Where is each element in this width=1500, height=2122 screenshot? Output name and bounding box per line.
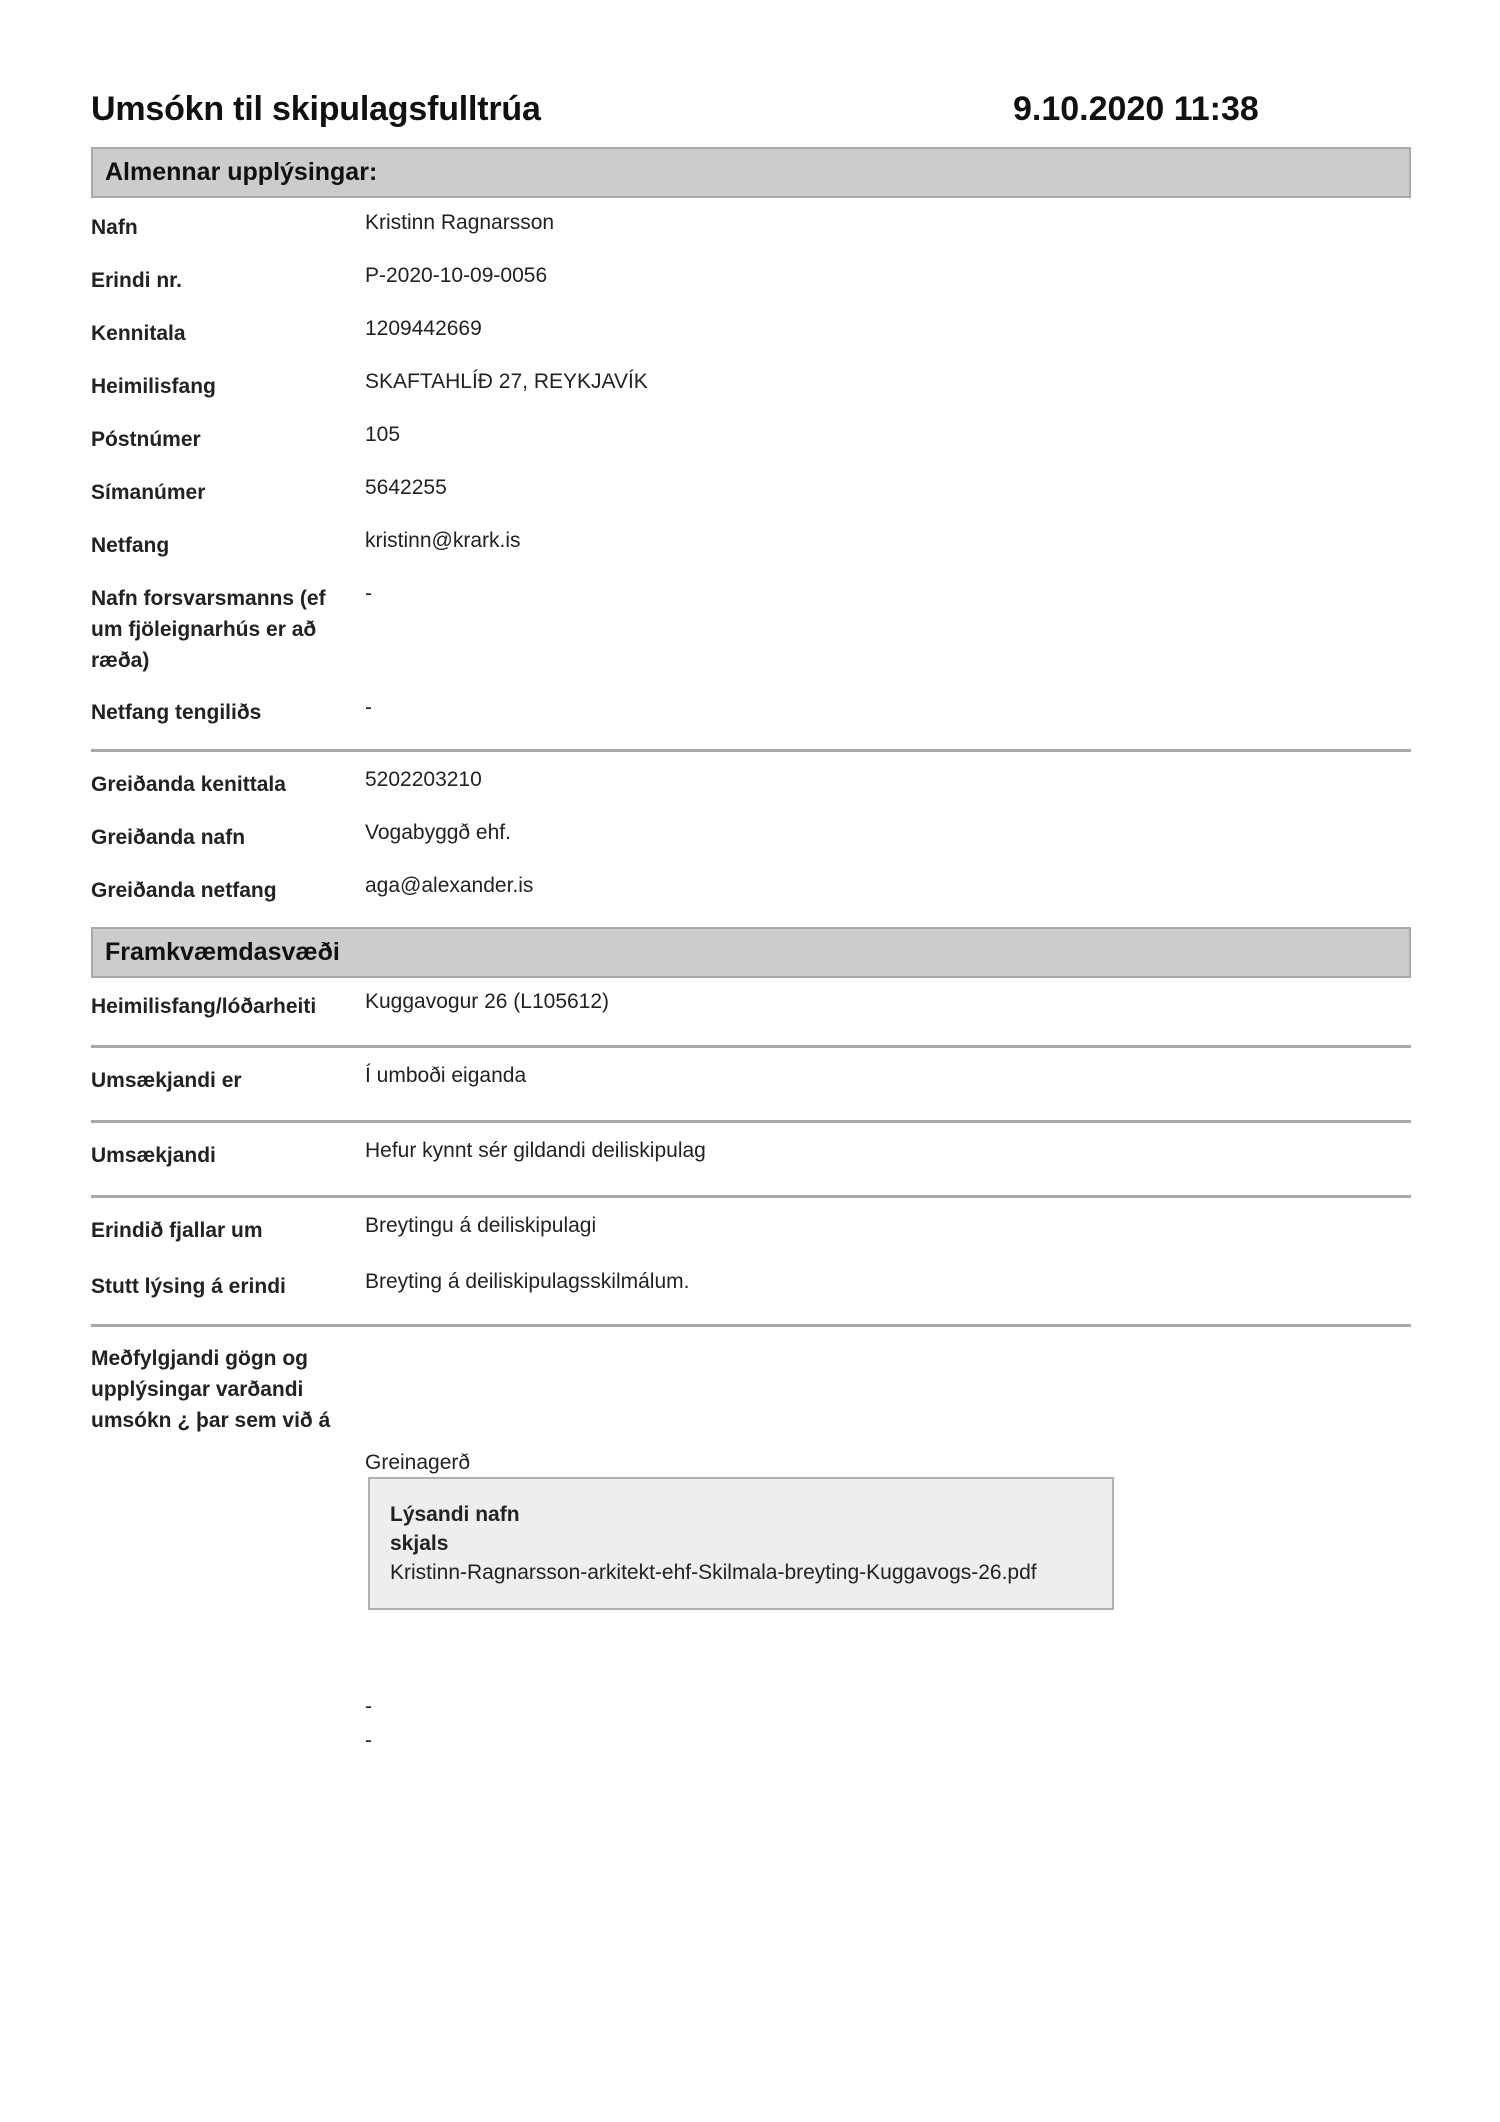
section-title: Framkvæmdasvæði [105, 938, 340, 967]
field-label-site-address: Heimilisfang/lóðarheiti [91, 991, 351, 1022]
divider [91, 1120, 1411, 1123]
attachment-extra-value: - [365, 1725, 372, 1756]
field-value-name: Kristinn Ragnarsson [365, 207, 554, 238]
field-label-postal-code: Póstnúmer [91, 424, 351, 455]
field-label-address: Heimilisfang [91, 371, 351, 402]
attachment-file-link[interactable]: Kristinn-Ragnarsson-arkitekt-ehf-Skilmal… [390, 1558, 1037, 1587]
field-label-payer-id: Greiðanda kenittala [91, 769, 351, 800]
field-value-phone: 5642255 [365, 472, 447, 503]
field-label-payer-name: Greiðanda nafn [91, 822, 351, 853]
field-label-name: Nafn [91, 212, 351, 243]
divider [91, 749, 1411, 752]
field-value-applicant: Hefur kynnt sér gildandi deiliskipulag [365, 1135, 706, 1166]
field-label-representative-name: Nafn forsvarsmanns (ef um fjöleignarhús … [91, 583, 351, 676]
field-value-payer-id: 5202203210 [365, 764, 482, 795]
field-label-attachments: Meðfylgjandi gögn og upplýsingar varðand… [91, 1343, 351, 1436]
field-value-address: SKAFTAHLÍÐ 27, REYKJAVÍK [365, 366, 648, 397]
field-label-contact-email: Netfang tengiliðs [91, 697, 351, 728]
field-label-case-number: Erindi nr. [91, 265, 351, 296]
attachment-category: Greinagerð [365, 1447, 470, 1478]
field-value-payer-email: aga@alexander.is [365, 870, 533, 901]
field-value-payer-name: Vogabyggð ehf. [365, 817, 511, 848]
field-label-applicant-is: Umsækjandi er [91, 1065, 351, 1096]
field-value-short-description: Breyting á deiliskipulagsskilmálum. [365, 1266, 689, 1297]
section-header-site: Framkvæmdasvæði [91, 927, 1411, 978]
field-value-national-id: 1209442669 [365, 313, 482, 344]
field-label-email: Netfang [91, 530, 351, 561]
section-title: Almennar upplýsingar: [105, 158, 377, 187]
section-header-general: Almennar upplýsingar: [91, 147, 1411, 198]
field-value-contact-email: - [365, 692, 372, 723]
field-label-applicant: Umsækjandi [91, 1140, 351, 1171]
document-name-label: Lýsandi nafn skjals [390, 1500, 520, 1558]
field-label-phone: Símanúmer [91, 477, 351, 508]
field-value-case-subject: Breytingu á deiliskipulagi [365, 1210, 596, 1241]
attachment-extra-value: - [365, 1691, 372, 1722]
field-label-national-id: Kennitala [91, 318, 351, 349]
attachment-card: Lýsandi nafn skjals Kristinn-Ragnarsson-… [368, 1477, 1114, 1610]
submission-datetime: 9.10.2020 11:38 [1013, 90, 1259, 129]
field-label-case-subject: Erindið fjallar um [91, 1215, 351, 1246]
field-value-representative-name: - [365, 578, 372, 609]
divider [91, 1324, 1411, 1327]
page-title: Umsókn til skipulagsfulltrúa [91, 90, 541, 129]
field-value-site-address: Kuggavogur 26 (L105612) [365, 986, 609, 1017]
field-label-payer-email: Greiðanda netfang [91, 875, 351, 906]
field-value-email: kristinn@krark.is [365, 525, 521, 556]
field-value-applicant-is: Í umboði eiganda [365, 1060, 526, 1091]
field-value-case-number: P-2020-10-09-0056 [365, 260, 547, 291]
field-label-short-description: Stutt lýsing á erindi [91, 1271, 351, 1302]
divider [91, 1195, 1411, 1198]
field-value-postal-code: 105 [365, 419, 400, 450]
divider [91, 1045, 1411, 1048]
